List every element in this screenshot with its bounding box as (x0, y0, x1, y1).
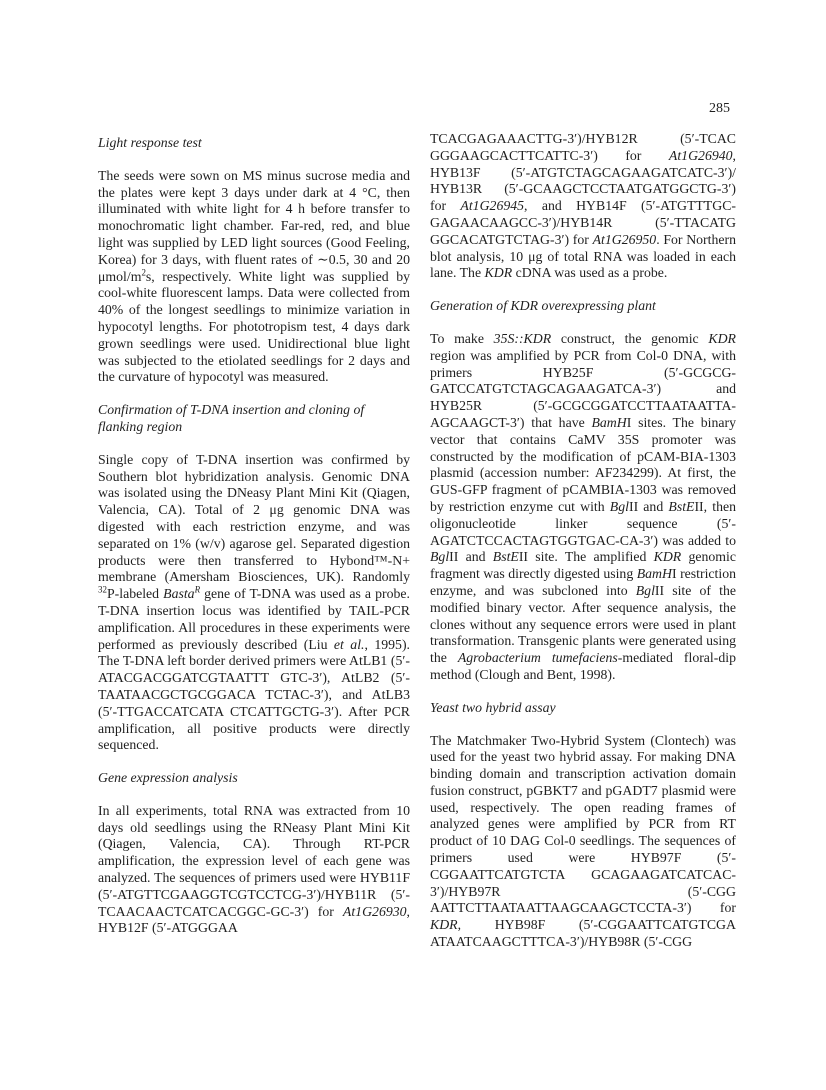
paragraph-tdna-confirmation: Single copy of T-DNA insertion was confi… (98, 452, 410, 754)
paragraph-light-response: The seeds were sown on MS minus sucrose … (98, 168, 410, 386)
section-heading-kdr-overexpression: Generation of KDR overexpressing plant (430, 298, 736, 315)
paragraph-yeast-two-hybrid: The Matchmaker Two-Hybrid System (Clonte… (430, 733, 736, 951)
left-column: Light response test The seeds were sown … (98, 131, 410, 937)
paragraph-gene-expression: In all experiments, total RNA was extrac… (98, 803, 410, 937)
page-content: 285 Light response test The seeds were s… (98, 100, 736, 951)
section-heading-light-response-test: Light response test (98, 135, 410, 152)
right-column: TCACGAGAAACTTG-3′)/HYB12R (5′-TCAC GGGAA… (430, 131, 736, 951)
two-column-layout: Light response test The seeds were sown … (98, 131, 736, 951)
section-heading-tdna-confirmation: Confirmation of T-DNA insertion and clon… (98, 402, 410, 436)
paragraph-gene-expression-continued: TCACGAGAAACTTG-3′)/HYB12R (5′-TCAC GGGAA… (430, 131, 736, 282)
section-heading-gene-expression: Gene expression analysis (98, 770, 410, 787)
page-header: 285 (98, 100, 736, 117)
journal-page: 285 Light response test The seeds were s… (0, 0, 826, 1090)
section-heading-yeast-two-hybrid: Yeast two hybrid assay (430, 700, 736, 717)
page-number: 285 (709, 101, 730, 116)
paragraph-kdr-overexpression: To make 35S::KDR construct, the genomic … (430, 331, 736, 684)
